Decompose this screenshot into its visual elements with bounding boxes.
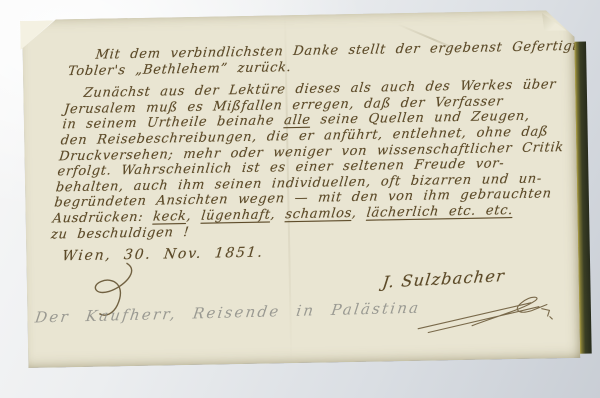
letter-paper: Mit dem verbindlichsten Danke stellt der…	[22, 10, 580, 368]
underlined-word: alle	[283, 113, 311, 129]
underlined-word: schamlos	[285, 206, 353, 222]
manuscript-text: Mit dem verbindlichsten Danke stellt der…	[50, 39, 574, 243]
manuscript-segment: Ausdrücken:	[52, 210, 154, 227]
manuscript-segment: zu beschuldigen !	[50, 224, 190, 242]
underlined-word: keck	[152, 209, 187, 225]
manuscript-segment: Tobler's „Bethlehem” zurück.	[67, 60, 292, 79]
underlined-word: lächerlich etc. etc.	[366, 203, 514, 221]
underlined-word: lügenhaft	[201, 207, 272, 223]
photograph-background: Mit dem verbindlichsten Danke stellt der…	[0, 0, 600, 398]
